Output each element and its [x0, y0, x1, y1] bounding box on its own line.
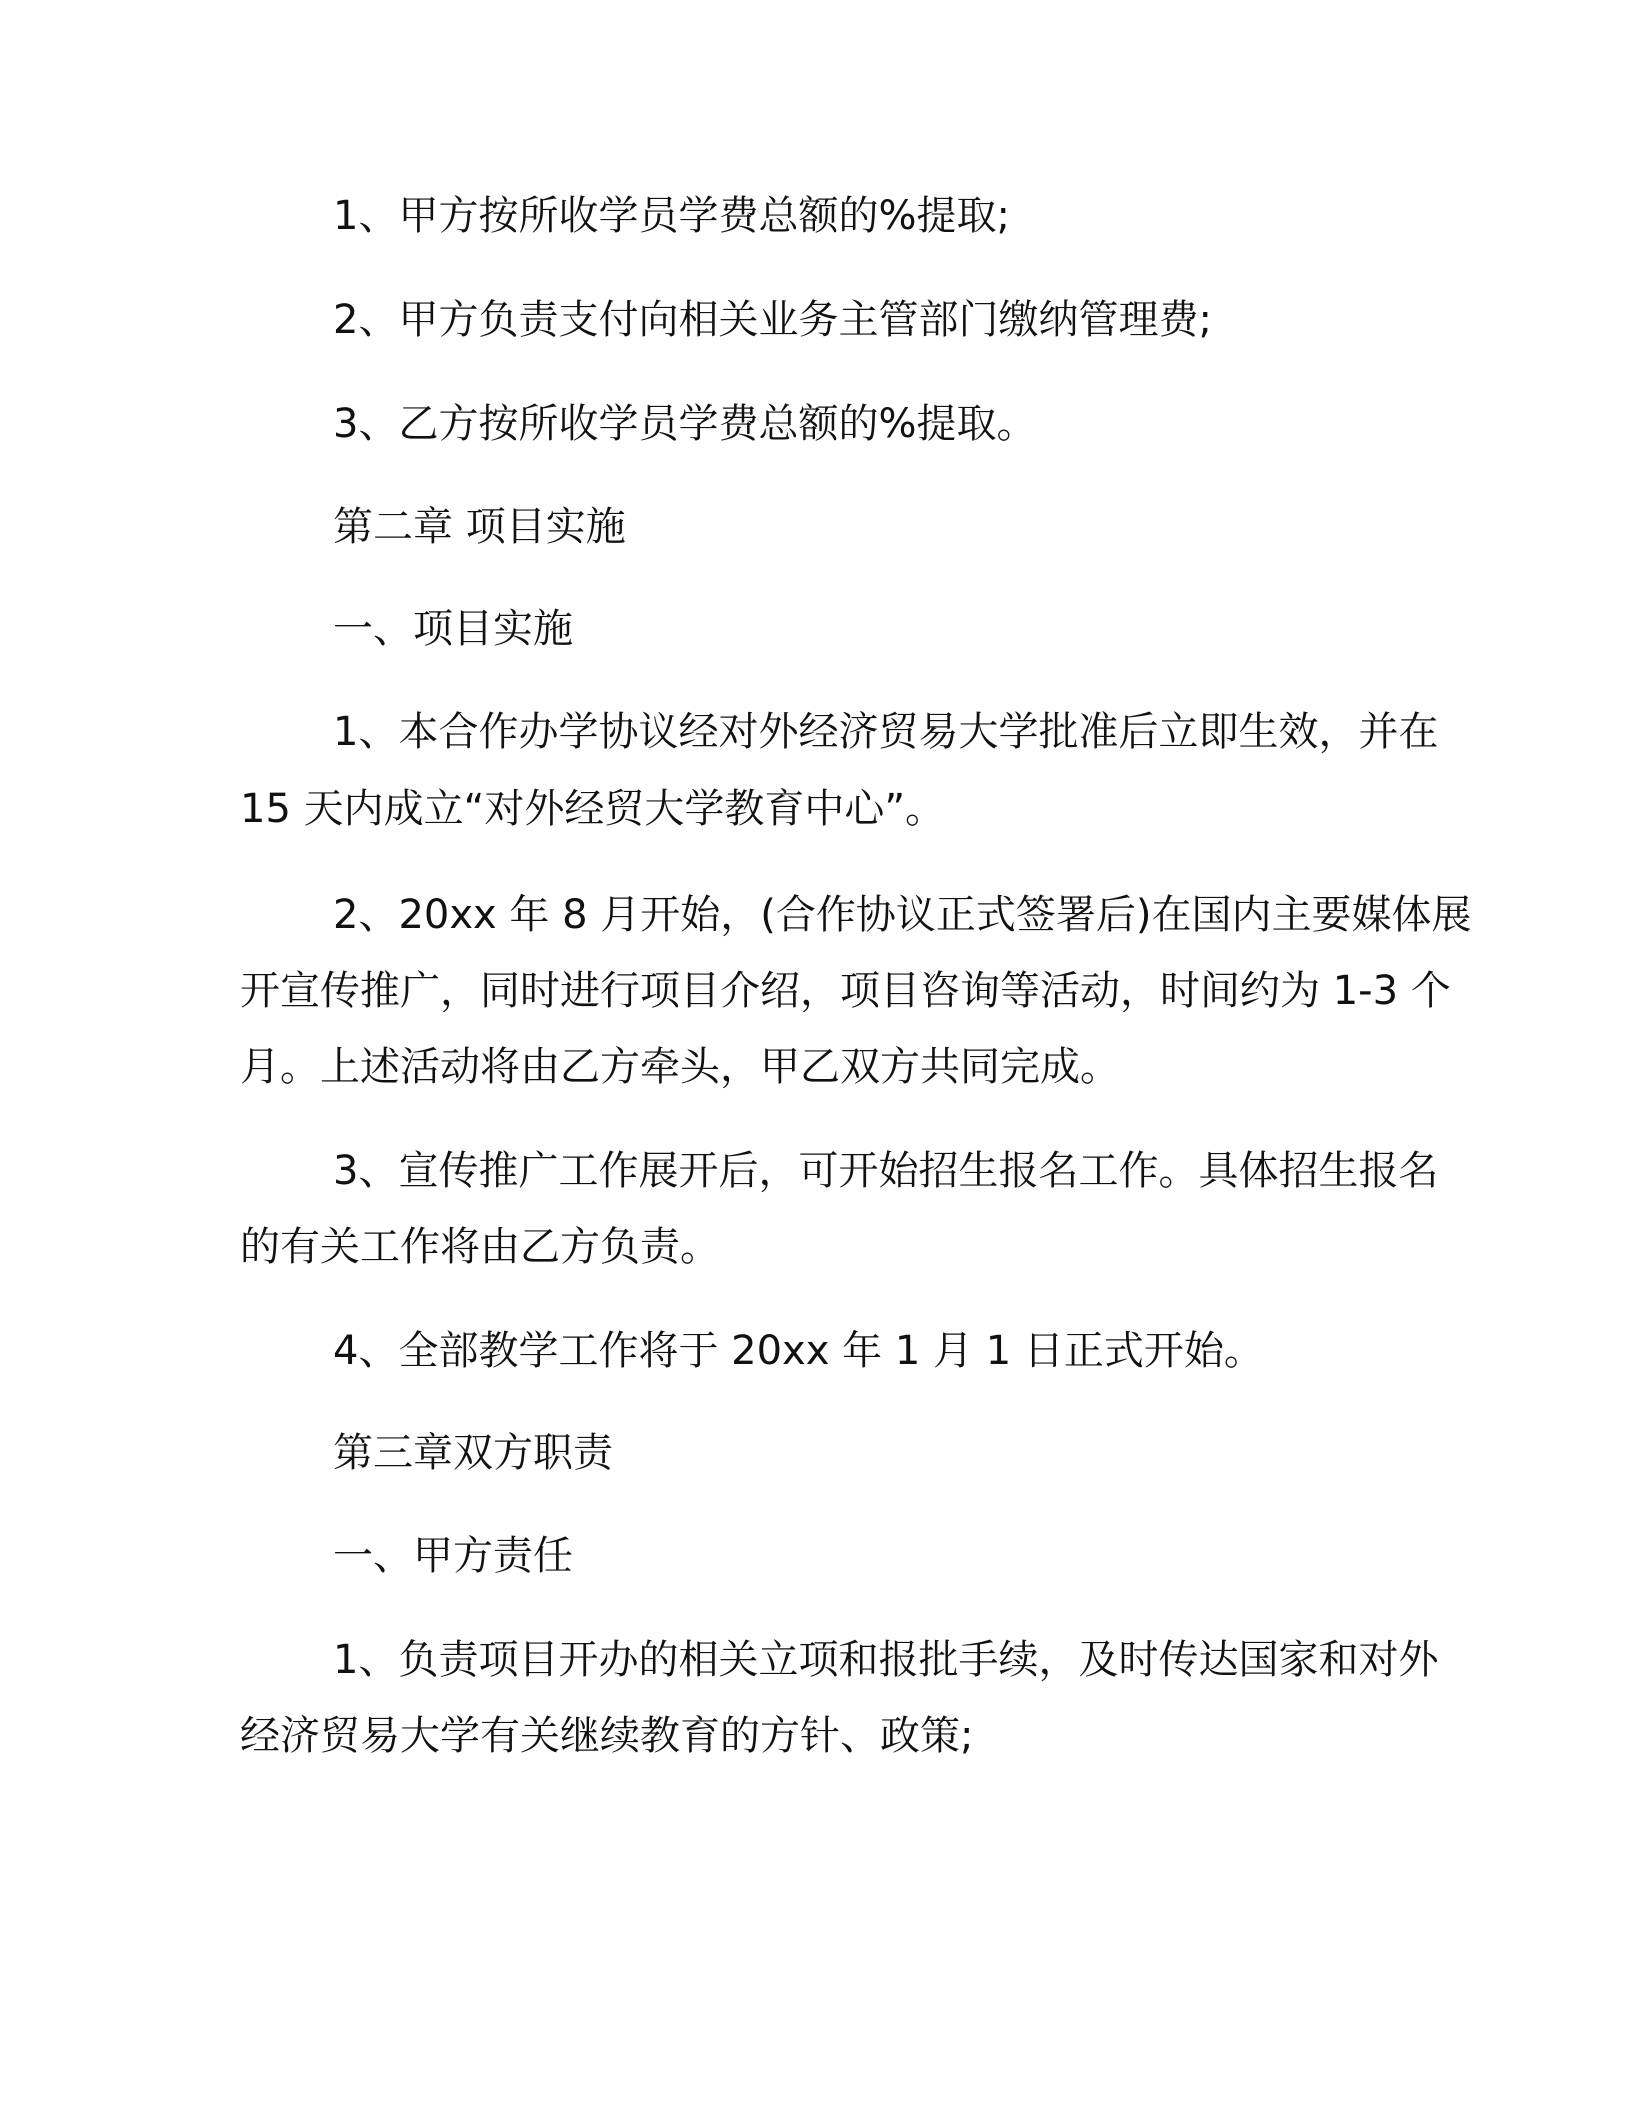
ch3-item-1-line-2: 经济贸易大学有关继续教育的方针、政策; — [240, 1712, 973, 1760]
ch2-item-4-line-1: 4、全部教学工作将于 20xx 年 1 月 1 日正式开始。 — [333, 1327, 1264, 1375]
fee-item-2: 2、甲方负责支付向相关业务主管部门缴纳管理费; — [333, 296, 1212, 344]
chapter-3-subtitle: 一、甲方责任 — [333, 1532, 573, 1580]
ch2-item-1-line-1: 1、本合作办学协议经对外经济贸易大学批准后立即生效，并在 — [333, 708, 1438, 756]
fee-item-3: 3、乙方按所收学员学费总额的%提取。 — [333, 400, 1036, 448]
chapter-3-title: 第三章双方职责 — [333, 1429, 613, 1477]
document-page: 1、甲方按所收学员学费总额的%提取; 2、甲方负责支付向相关业务主管部门缴纳管理… — [0, 0, 1632, 2112]
chapter-2-title: 第二章 项目实施 — [333, 503, 626, 551]
chapter-2-subtitle: 一、项目实施 — [333, 605, 573, 653]
fee-item-1: 1、甲方按所收学员学费总额的%提取; — [333, 192, 1010, 240]
ch2-item-3-line-1: 3、宣传推广工作展开后，可开始招生报名工作。具体招生报名 — [333, 1147, 1438, 1195]
ch2-item-2-line-3: 月。上述活动将由乙方牵头，甲乙双方共同完成。 — [240, 1043, 1120, 1091]
ch2-item-2-line-2: 开宣传推广，同时进行项目介绍，项目咨询等活动，时间约为 1-3 个 — [240, 967, 1451, 1015]
ch2-item-3-line-2: 的有关工作将由乙方负责。 — [240, 1223, 720, 1271]
ch3-item-1-line-1: 1、负责项目开办的相关立项和报批手续，及时传达国家和对外 — [333, 1636, 1438, 1684]
ch2-item-2-line-1: 2、20xx 年 8 月开始，(合作协议正式签署后)在国内主要媒体展 — [333, 891, 1472, 939]
ch2-item-1-line-2: 15 天内成立“对外经贸大学教育中心”。 — [240, 785, 945, 833]
